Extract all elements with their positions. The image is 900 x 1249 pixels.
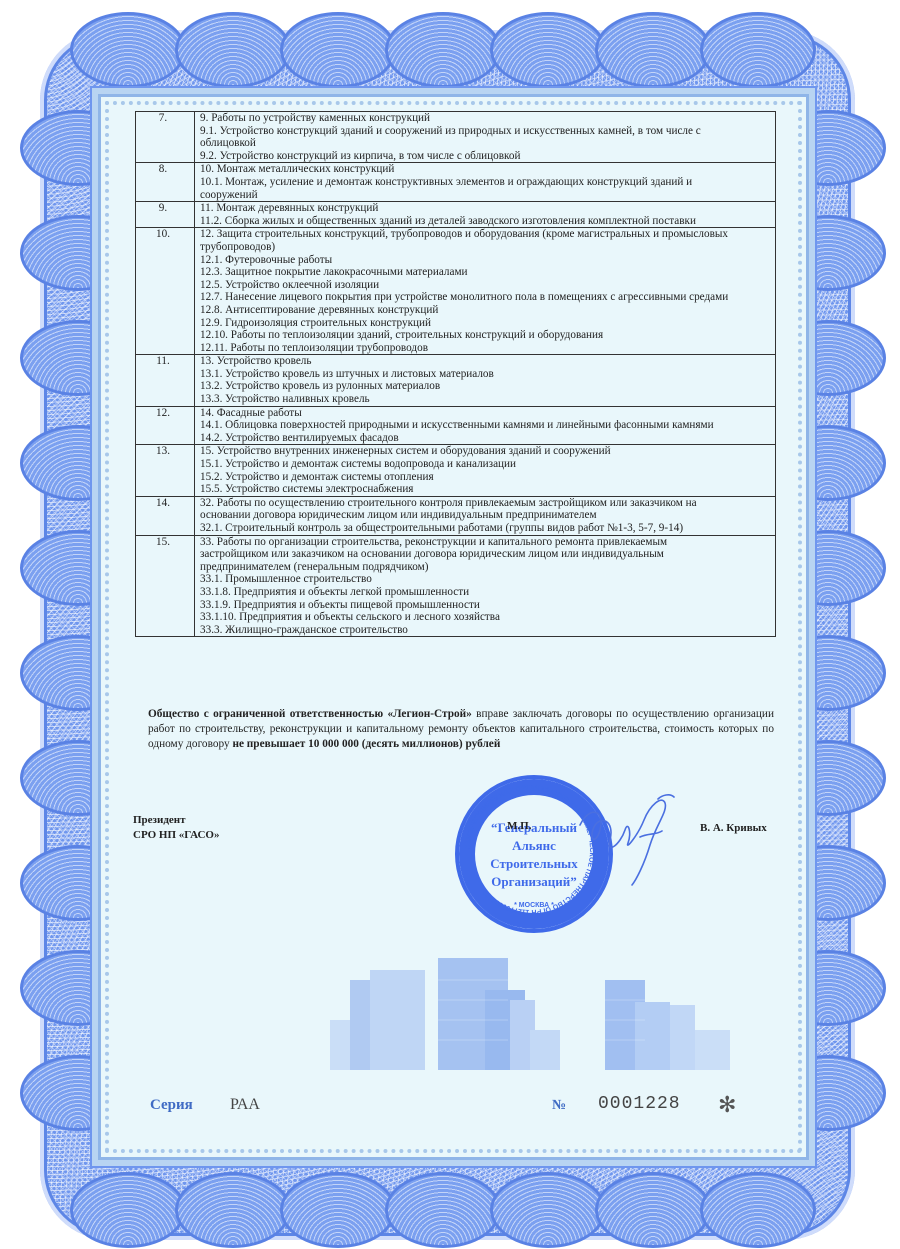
signer-name: В. А. Кривых: [700, 822, 767, 834]
city-skyline-watermark-icon: [330, 940, 730, 1070]
work-types-cell: 32. Работы по осуществлению строительног…: [195, 496, 776, 535]
row-number: 13.: [136, 445, 195, 496]
table-row: 14.32. Работы по осуществлению строитель…: [136, 496, 776, 535]
work-type-line: 14.2. Устройство вентилируемых фасадов: [200, 432, 771, 445]
work-type-line: 14.1. Облицовка поверхностей природными …: [200, 419, 771, 432]
table-row: 11.13. Устройство кровель13.1. Устройств…: [136, 355, 776, 406]
scallop-ornament: [595, 12, 711, 88]
work-type-line: 15. Устройство внутренних инженерных сис…: [200, 445, 771, 458]
series-value: РАА: [230, 1096, 260, 1114]
seal-place-label: М.П.: [507, 820, 531, 832]
work-type-line: 12. Защита строительных конструкций, тру…: [200, 228, 771, 241]
work-type-line: предпринимателем (генеральным подрядчико…: [200, 561, 771, 574]
works-table: 7.9. Работы по устройству каменных конст…: [135, 111, 776, 637]
row-number: 7.: [136, 112, 195, 163]
work-type-line: 15.1. Устройство и демонтаж системы водо…: [200, 458, 771, 471]
table-row: 7.9. Работы по устройству каменных конст…: [136, 112, 776, 163]
asterisk-mark-icon: ✻: [718, 1092, 736, 1118]
work-types-cell: 10. Монтаж металлических конструкций10.1…: [195, 163, 776, 202]
work-type-line: 12.9. Гидроизоляция строительных констру…: [200, 317, 771, 330]
stamp-city: * МОСКВА *: [459, 902, 609, 909]
work-type-line: 9.1. Устройство конструкций зданий и соо…: [200, 125, 771, 138]
president-title: Президент СРО НП «ГАСО»: [133, 813, 219, 843]
table-row: 10.12. Защита строительных конструкций, …: [136, 228, 776, 355]
row-number: 9.: [136, 202, 195, 228]
work-type-line: 33. Работы по организации строительства,…: [200, 536, 771, 549]
work-type-line: 14. Фасадные работы: [200, 407, 771, 420]
scallop-ornament: [595, 1172, 711, 1248]
table-row: 12.14. Фасадные работы14.1. Облицовка по…: [136, 406, 776, 445]
work-type-line: застройщиком или заказчиком на основании…: [200, 548, 771, 561]
work-type-line: 12.8. Антисептирование деревянных констр…: [200, 304, 771, 317]
work-type-line: 12.11. Работы по теплоизоляции трубопров…: [200, 342, 771, 355]
row-number: 12.: [136, 406, 195, 445]
table-row: 8.10. Монтаж металлических конструкций10…: [136, 163, 776, 202]
scallop-ornament: [70, 1172, 186, 1248]
work-type-line: 9.2. Устройство конструкций из кирпича, …: [200, 150, 771, 163]
number-label: №: [552, 1098, 566, 1114]
row-number: 11.: [136, 355, 195, 406]
work-types-cell: 15. Устройство внутренних инженерных сис…: [195, 445, 776, 496]
table-row: 13.15. Устройство внутренних инженерных …: [136, 445, 776, 496]
scallop-ornament: [70, 12, 186, 88]
work-types-cell: 9. Работы по устройству каменных констру…: [195, 112, 776, 163]
work-types-cell: 11. Монтаж деревянных конструкций11.2. С…: [195, 202, 776, 228]
notice-company: Общество с ограниченной ответственностью…: [148, 708, 472, 720]
table-row: 9.11. Монтаж деревянных конструкций11.2.…: [136, 202, 776, 228]
work-type-line: 12.7. Нанесение лицевого покрытия при ус…: [200, 291, 771, 304]
work-type-line: 12.5. Устройство оклеечной изоляции: [200, 279, 771, 292]
work-types-cell: 14. Фасадные работы14.1. Облицовка повер…: [195, 406, 776, 445]
row-number: 8.: [136, 163, 195, 202]
work-types-cell: 13. Устройство кровель13.1. Устройство к…: [195, 355, 776, 406]
series-label: Серия: [150, 1097, 193, 1114]
scallop-ornament: [385, 1172, 501, 1248]
work-type-line: 9. Работы по устройству каменных констру…: [200, 112, 771, 125]
work-type-line: 33.1.8. Предприятия и объекты легкой про…: [200, 586, 771, 599]
notice-limit: не превышает 10 000 000 (десять миллионо…: [232, 738, 500, 750]
work-type-line: 32.1. Строительный контроль за общестрои…: [200, 522, 771, 535]
work-type-line: 12.10. Работы по теплоизоляции зданий, с…: [200, 329, 771, 342]
work-type-line: сооружений: [200, 189, 771, 202]
work-type-line: 13.3. Устройство наливных кровель: [200, 393, 771, 406]
scallop-ornament: [280, 1172, 396, 1248]
work-type-line: 10.1. Монтаж, усиление и демонтаж констр…: [200, 176, 771, 189]
table-row: 15.33. Работы по организации строительст…: [136, 535, 776, 637]
work-type-line: 10. Монтаж металлических конструкций: [200, 163, 771, 176]
work-type-line: 11.2. Сборка жилых и общественных зданий…: [200, 215, 771, 228]
work-type-line: 12.3. Защитное покрытие лакокрасочными м…: [200, 266, 771, 279]
handwritten-signature-icon: [570, 785, 680, 895]
work-type-line: 33.1. Промышленное строительство: [200, 573, 771, 586]
scallop-ornament: [175, 12, 291, 88]
work-type-line: 33.1.9. Предприятия и объекты пищевой пр…: [200, 599, 771, 612]
work-type-line: 33.1.10. Предприятия и объекты сельского…: [200, 611, 771, 624]
permission-notice: Общество с ограниченной ответственностью…: [148, 707, 774, 752]
organization-label: СРО НП «ГАСО»: [133, 828, 219, 843]
row-number: 15.: [136, 535, 195, 637]
position-label: Президент: [133, 813, 219, 828]
work-type-line: 11. Монтаж деревянных конструкций: [200, 202, 771, 215]
scallop-ornament: [175, 1172, 291, 1248]
works-table-body: 7.9. Работы по устройству каменных конст…: [136, 112, 776, 637]
work-types-cell: 33. Работы по организации строительства,…: [195, 535, 776, 637]
work-type-line: 33.3. Жилищно-гражданское строительство: [200, 624, 771, 637]
work-types-cell: 12. Защита строительных конструкций, тру…: [195, 228, 776, 355]
work-type-line: 13.1. Устройство кровель из штучных и ли…: [200, 368, 771, 381]
work-type-line: 15.5. Устройство системы электроснабжени…: [200, 483, 771, 496]
scallop-ornament: [700, 1172, 816, 1248]
scallop-ornament: [490, 1172, 606, 1248]
scallop-ornament: [280, 12, 396, 88]
scallop-ornament: [385, 12, 501, 88]
row-number: 14.: [136, 496, 195, 535]
work-type-line: трубопроводов): [200, 241, 771, 254]
work-type-line: основании договора юридическим лицом или…: [200, 509, 771, 522]
work-type-line: 32. Работы по осуществлению строительног…: [200, 497, 771, 510]
row-number: 10.: [136, 228, 195, 355]
work-type-line: 15.2. Устройство и демонтаж системы отоп…: [200, 471, 771, 484]
work-type-line: облицовкой: [200, 137, 771, 150]
scallop-ornament: [490, 12, 606, 88]
work-type-line: 13. Устройство кровель: [200, 355, 771, 368]
scallop-ornament: [700, 12, 816, 88]
work-type-line: 12.1. Футеровочные работы: [200, 254, 771, 267]
work-type-line: 13.2. Устройство кровель из рулонных мат…: [200, 380, 771, 393]
certificate-number: 0001228: [598, 1094, 681, 1114]
